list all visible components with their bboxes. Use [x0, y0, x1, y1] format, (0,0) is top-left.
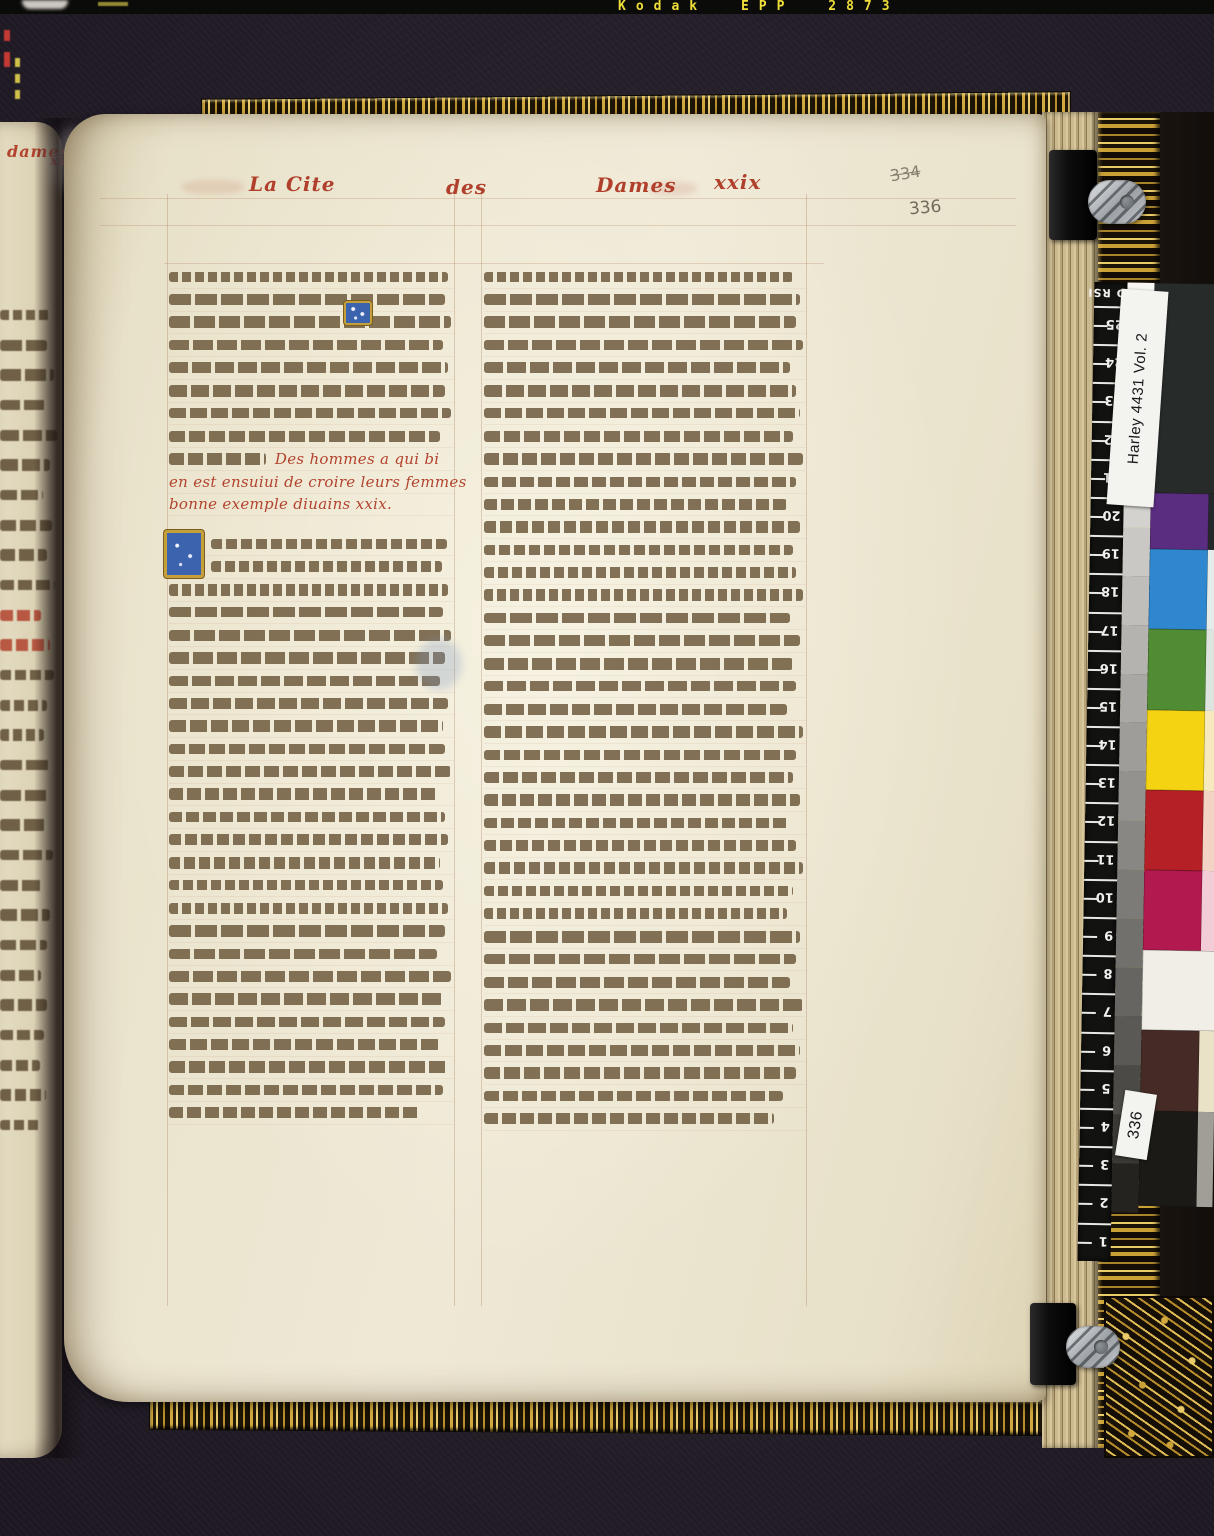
ink-stroke [169, 584, 448, 596]
gray-step [1111, 1163, 1139, 1212]
ink-stroke [484, 818, 790, 828]
gray-step [1116, 919, 1144, 968]
script-line [484, 289, 806, 312]
ink-stroke [169, 272, 448, 282]
folio-number-struck: 334 [889, 162, 922, 186]
script-line [169, 579, 454, 602]
script-line [484, 312, 806, 335]
rubric-text: en est ensuiui de croire leurs femmes [169, 473, 467, 491]
ruler-segment: 11 [1084, 840, 1118, 879]
ink-smudge [416, 638, 462, 690]
ruler-number: 5 [1101, 1080, 1110, 1095]
ink-stroke [169, 993, 443, 1005]
running-header-dames: Dames [596, 173, 676, 197]
script-line [169, 852, 454, 875]
script-line [169, 289, 454, 312]
ruler-segment: 16 [1087, 650, 1121, 689]
ruler-segment: 10 [1083, 879, 1117, 918]
ink-stroke [484, 589, 803, 601]
script-line [484, 630, 806, 653]
paraph-mark [344, 301, 372, 325]
ink-stroke [484, 272, 793, 282]
script-line: Des hommes a qui bi [169, 448, 454, 471]
ruling-line [100, 225, 1016, 226]
ruler-number: 7 [1103, 1004, 1112, 1019]
ruling-line [100, 198, 1016, 199]
script-line [484, 380, 806, 403]
script-line [169, 966, 454, 989]
color-chip-purple-pale [1208, 494, 1214, 550]
color-chip-magenta [1143, 870, 1202, 951]
ink-stroke [169, 1061, 448, 1073]
ruling-line [167, 194, 168, 1306]
film-edge-glare [22, 0, 68, 9]
color-chip-blue [1149, 549, 1208, 630]
rubric-text: Des hommes a qui bi [275, 450, 440, 468]
script-line [169, 602, 454, 625]
ruler-segment: 19 [1089, 535, 1123, 574]
ink-stroke [169, 607, 443, 617]
script-line [484, 585, 806, 608]
ruler-segment: 12 [1085, 802, 1119, 841]
ink-stroke [169, 834, 448, 845]
color-chip-row [1142, 950, 1214, 1031]
ink-stroke [169, 971, 451, 982]
ink-stroke [169, 676, 440, 686]
ink-stroke [169, 453, 266, 465]
ink-stroke [169, 903, 448, 914]
ink-stroke [169, 857, 440, 869]
ruler-segment: 17 [1088, 611, 1122, 650]
ink-stroke [484, 954, 796, 964]
ink-stroke [169, 630, 451, 641]
script-line [169, 1011, 454, 1034]
shelfmark-sticker-text: Harley 4431 Vol. 2 [1124, 332, 1150, 464]
script-line [169, 334, 454, 357]
gray-step [1116, 870, 1144, 919]
script-line [169, 380, 454, 403]
script-line [169, 761, 454, 784]
script-line [484, 698, 806, 721]
color-chip-row [1150, 493, 1214, 550]
ink-stroke [484, 908, 787, 919]
text-column-two [484, 266, 806, 1131]
script-line [484, 744, 806, 767]
ink-stroke [484, 977, 790, 988]
script-line [484, 494, 806, 517]
script-line [484, 403, 806, 426]
ruler-segment: 14 [1086, 726, 1120, 765]
ink-stroke [169, 340, 443, 350]
film-edge-marking [15, 74, 20, 83]
ink-stroke [484, 545, 793, 555]
binder-clip-bottom-handle [1066, 1326, 1120, 1368]
gray-step [1117, 821, 1145, 870]
script-line [169, 1079, 454, 1102]
script-line: bonne exemple diuains xxix. [169, 494, 454, 517]
script-line [169, 647, 454, 670]
color-chip-red [1144, 790, 1203, 871]
script-line [169, 670, 454, 693]
ink-stroke [484, 316, 796, 328]
script-line [484, 1062, 806, 1085]
ink-stroke [169, 880, 443, 890]
script-line [484, 926, 806, 949]
line-gap [169, 516, 454, 533]
ruler-segment: 4 [1079, 1108, 1113, 1147]
script-line [169, 624, 454, 647]
script-line [484, 767, 806, 790]
script-line [169, 312, 454, 335]
script-line [169, 715, 454, 738]
ruler-segment: 2 [1078, 1184, 1112, 1223]
ruler-number: 9 [1104, 927, 1113, 942]
color-chip-green [1147, 629, 1206, 711]
ink-stroke [169, 431, 440, 442]
ruling-line [481, 194, 482, 1306]
ink-stroke [484, 408, 800, 418]
illuminated-initial [164, 530, 204, 578]
script-line [484, 448, 806, 471]
film-edge-marking [98, 2, 128, 6]
color-chip-red-pale [1202, 791, 1214, 871]
script-line [484, 676, 806, 699]
ink-stroke [484, 726, 803, 738]
ruler-number: 15 [1099, 698, 1117, 713]
gray-step [1119, 723, 1147, 772]
script-line [484, 653, 806, 676]
script-line [169, 533, 454, 556]
script-line [484, 903, 806, 926]
ink-stroke [484, 385, 796, 397]
gray-step [1121, 625, 1149, 674]
ink-stroke [484, 294, 800, 305]
ruler-number: 6 [1102, 1042, 1111, 1057]
script-line [484, 858, 806, 881]
ink-stroke [484, 704, 787, 715]
ruler-segment: 1 [1077, 1222, 1111, 1261]
film-edge-marking [15, 90, 20, 99]
color-chip-yellow-pale [1204, 711, 1214, 791]
gray-step [1114, 1016, 1142, 1065]
ruler-number: 17 [1100, 622, 1118, 637]
script-line [484, 539, 806, 562]
script-line [169, 403, 454, 426]
color-chip-purple [1150, 493, 1209, 550]
script-line [484, 1085, 806, 1108]
gray-step [1115, 968, 1143, 1017]
script-line [169, 806, 454, 829]
ruler-number: 19 [1102, 545, 1120, 560]
gray-step [1120, 674, 1148, 723]
ink-stroke [169, 744, 445, 754]
ruler-segment: 5 [1080, 1070, 1114, 1109]
ruler-number: 14 [1098, 736, 1116, 751]
ink-stroke [484, 635, 800, 646]
color-chip-row [1144, 790, 1214, 871]
folio-number: 336 [908, 197, 942, 220]
script-line: en est ensuiui de croire leurs femmes [169, 471, 454, 494]
photograph-of-manuscript: dames xx La Cite des Dames xxix 334 336 … [0, 0, 1214, 1536]
ink-stroke [484, 340, 803, 350]
gray-step [1118, 772, 1146, 821]
ink-stroke [169, 812, 445, 822]
color-chip-row [1143, 870, 1214, 951]
running-header-chapter-numeral: xxix [714, 170, 761, 194]
ink-stroke [484, 658, 793, 670]
color-chip-white [1142, 950, 1214, 1031]
ruler-segment: 8 [1082, 955, 1116, 994]
script-line [484, 835, 806, 858]
ruling-line [806, 194, 807, 1306]
ruler-number: 2 [1099, 1194, 1108, 1209]
ruler-number: 12 [1097, 812, 1115, 827]
script-line [169, 875, 454, 898]
script-line [484, 971, 806, 994]
ink-stroke [169, 698, 448, 709]
ink-stroke [484, 1067, 796, 1079]
ink-stroke [484, 477, 796, 487]
script-line [484, 562, 806, 585]
film-edge-marking [15, 58, 20, 67]
ruler-segment: 13 [1085, 764, 1119, 803]
ink-stroke [484, 521, 800, 533]
ink-stroke [484, 362, 790, 373]
ruler-segment: 9 [1083, 917, 1117, 956]
script-line [484, 1108, 806, 1131]
ruling-line [164, 263, 824, 264]
color-chip-row [1146, 710, 1214, 791]
ink-stroke [484, 772, 793, 783]
color-chip-brown-pale [1198, 1031, 1214, 1112]
folio-sticker-text: 336 [1125, 1110, 1147, 1141]
ink-stroke [169, 408, 451, 418]
ink-stroke [484, 567, 796, 578]
ruler-number: 18 [1101, 583, 1119, 598]
ink-stroke [484, 886, 793, 896]
ink-stroke [169, 385, 445, 397]
ruler-number: 16 [1100, 660, 1118, 675]
offset-ink-ghost [182, 180, 244, 194]
ink-stroke [169, 294, 445, 305]
script-line [484, 607, 806, 630]
film-rebate-strip: Kodak EPP 2873 [0, 0, 1214, 14]
script-line [169, 556, 454, 579]
ruler-segment: 3 [1079, 1146, 1113, 1185]
ink-stroke [169, 949, 437, 959]
ink-stroke [169, 316, 451, 328]
script-line [484, 994, 806, 1017]
script-line [484, 334, 806, 357]
color-chip-row [1149, 549, 1214, 630]
script-line [169, 693, 454, 716]
ink-stroke [484, 681, 796, 691]
film-edge-marking [4, 52, 10, 67]
ink-stroke [484, 750, 796, 760]
ink-stroke [484, 453, 803, 465]
script-line [484, 425, 806, 448]
ruler-segment: 7 [1081, 993, 1115, 1032]
script-line [169, 357, 454, 380]
gray-step [1122, 527, 1150, 576]
ink-stroke [484, 999, 803, 1011]
gray-step [1122, 576, 1150, 625]
color-chip-black-pale [1196, 1112, 1214, 1207]
manuscript-page: La Cite des Dames xxix 334 336 Des homme… [64, 114, 1046, 1402]
script-line [169, 1057, 454, 1080]
ink-stroke [169, 766, 451, 777]
script-line [169, 920, 454, 943]
film-stock-label: Kodak EPP 2873 [618, 0, 900, 14]
color-chip-blue-pale [1206, 550, 1214, 630]
script-line [169, 784, 454, 807]
script-line [484, 1040, 806, 1063]
script-line [169, 425, 454, 448]
ink-stroke [484, 1113, 774, 1124]
ink-stroke [484, 499, 787, 510]
script-line [484, 880, 806, 903]
script-line [484, 266, 806, 289]
script-line [169, 943, 454, 966]
ruler-number: 10 [1096, 889, 1114, 904]
running-header-des: des [446, 175, 487, 199]
ruler-number: 4 [1101, 1118, 1110, 1133]
film-edge-marking [4, 30, 10, 41]
ink-stroke [211, 539, 447, 549]
ruler-segment: 6 [1081, 1031, 1115, 1070]
text-column-one: Des hommes a qui bien est ensuiui de cro… [169, 266, 454, 1125]
running-header-la-cite: La Cite [249, 172, 335, 196]
ruler-number: 1 [1099, 1233, 1108, 1248]
script-line [169, 829, 454, 852]
script-line [169, 738, 454, 761]
ink-stroke [169, 720, 443, 732]
ruler-number: 20 [1102, 507, 1120, 522]
ruling-line [454, 194, 455, 1306]
color-chip-magenta-pale [1201, 871, 1214, 951]
script-line [484, 357, 806, 380]
script-line [484, 471, 806, 494]
script-line [484, 1017, 806, 1040]
ink-stroke [484, 862, 803, 874]
ruler-segment: 18 [1089, 573, 1123, 612]
script-line [484, 949, 806, 972]
ink-stroke [169, 788, 437, 800]
script-line [484, 721, 806, 744]
ruler-number: 8 [1103, 965, 1112, 980]
ink-stroke [169, 1085, 443, 1095]
ruler-number: 11 [1096, 851, 1114, 866]
script-line [169, 988, 454, 1011]
ruler-segment: 15 [1087, 688, 1121, 727]
ink-stroke [484, 931, 800, 943]
ink-stroke [169, 1039, 440, 1050]
ink-stroke [484, 1023, 793, 1033]
ruler-number: 3 [1100, 1156, 1109, 1171]
color-chip-yellow [1146, 710, 1205, 791]
binder-clip-top-handle [1088, 180, 1146, 224]
script-line [169, 897, 454, 920]
ink-stroke [169, 1107, 420, 1118]
ink-stroke [484, 840, 796, 851]
ink-stroke [169, 1017, 445, 1027]
script-line [484, 812, 806, 835]
script-line [169, 1102, 454, 1125]
ink-stroke [211, 561, 442, 572]
ink-stroke [484, 1045, 800, 1056]
ink-stroke [484, 1091, 783, 1101]
color-chip-row [1147, 629, 1214, 711]
ink-stroke [169, 362, 448, 373]
script-line [484, 789, 806, 812]
ink-stroke [484, 431, 793, 442]
script-line [484, 516, 806, 539]
color-chip-green-pale [1205, 630, 1214, 711]
script-line [169, 1034, 454, 1057]
ink-stroke [169, 652, 445, 664]
rubric-text: bonne exemple diuains xxix. [169, 495, 392, 513]
script-line [169, 266, 454, 289]
ink-stroke [484, 794, 800, 806]
ruler-number: 13 [1098, 774, 1116, 789]
ink-stroke [484, 613, 790, 623]
ink-stroke [169, 925, 445, 937]
gilt-corner-ornament [1104, 1296, 1214, 1458]
